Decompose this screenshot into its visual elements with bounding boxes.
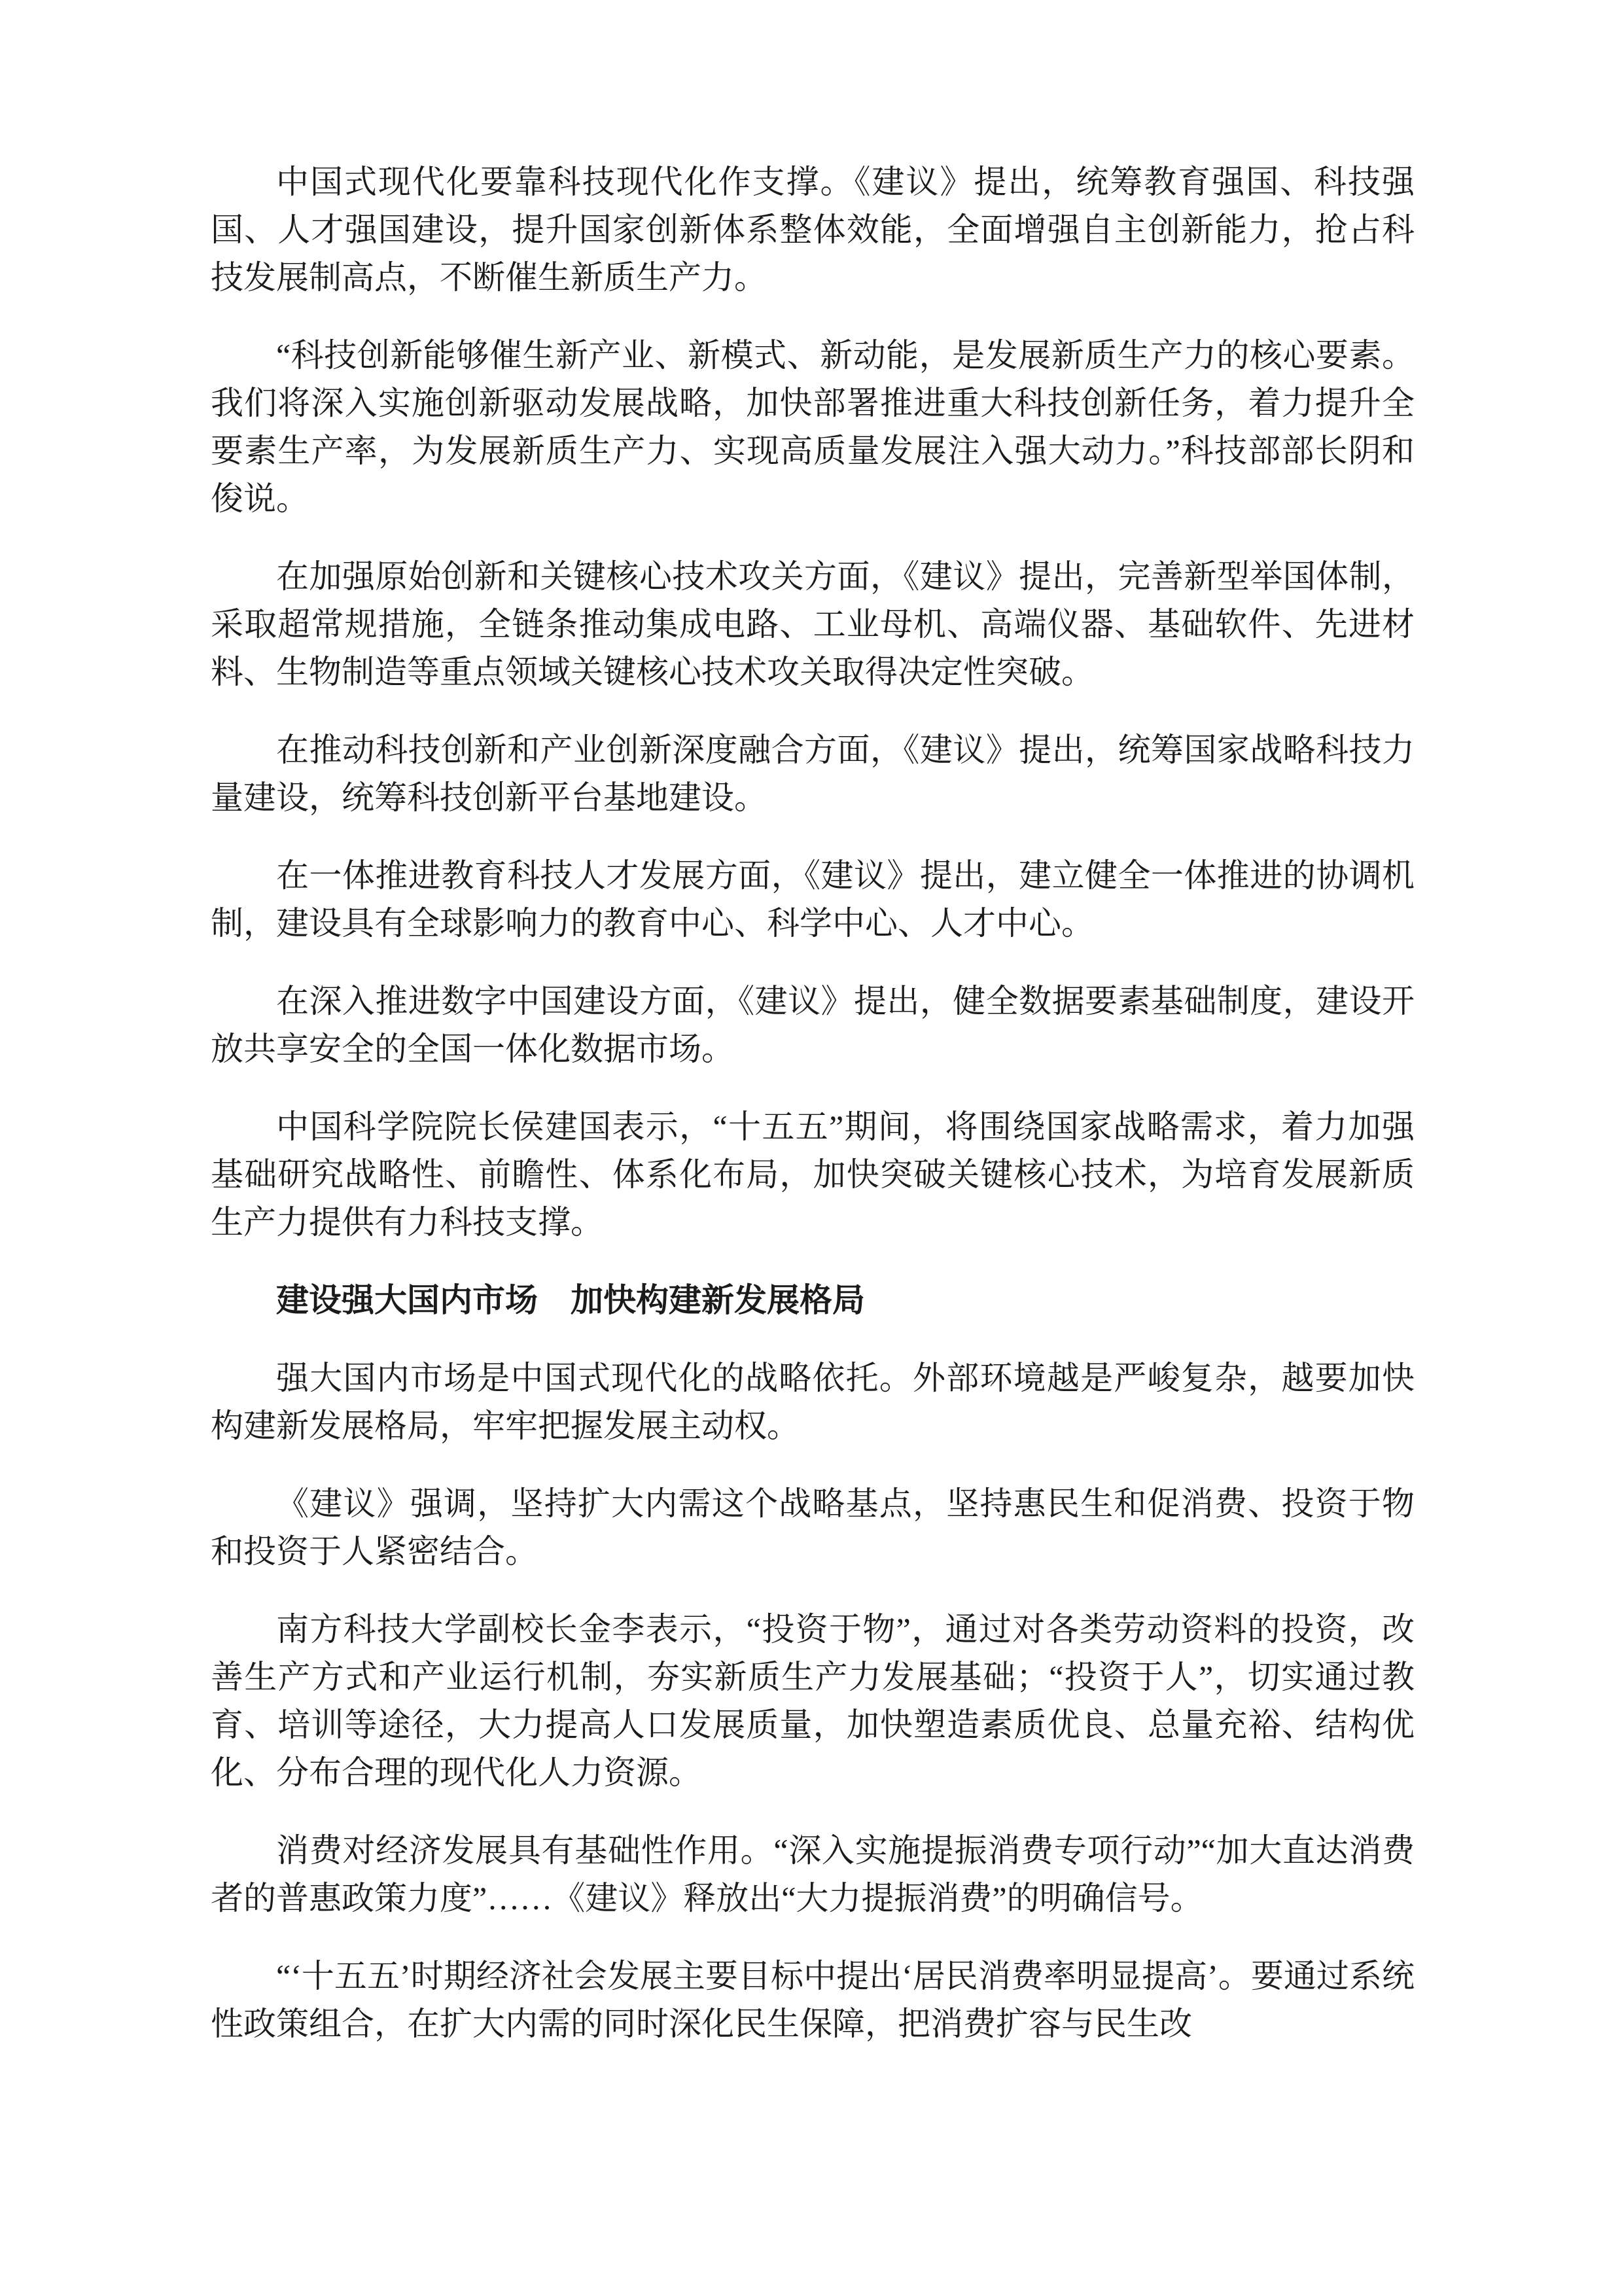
paragraph: 在一体推进教育科技人才发展方面，《建议》提出，建立健全一体推进的协调机制，建设具…: [211, 852, 1415, 947]
section-heading: 建设强大国内市场 加快构建新发展格局: [211, 1277, 1415, 1324]
paragraph: 在推动科技创新和产业创新深度融合方面，《建议》提出，统筹国家战略科技力量建设，统…: [211, 726, 1415, 822]
paragraph: 南方科技大学副校长金李表示，“投资于物”，通过对各类劳动资料的投资，改善生产方式…: [211, 1606, 1415, 1797]
paragraph: 在深入推进数字中国建设方面，《建议》提出，健全数据要素基础制度，建设开放共享安全…: [211, 978, 1415, 1073]
paragraph: 强大国内市场是中国式现代化的战略依托。外部环境越是严峻复杂，越要加快构建新发展格…: [211, 1354, 1415, 1450]
paragraph: 中国科学院院长侯建国表示，“十五五”期间，将围绕国家战略需求，着力加强基础研究战…: [211, 1103, 1415, 1246]
paragraph: 在加强原始创新和关键核心技术攻关方面，《建议》提出，完善新型举国体制，采取超常规…: [211, 553, 1415, 696]
paragraph: 消费对经济发展具有基础性作用。“深入实施提振消费专项行动”“加大直达消费者的普惠…: [211, 1827, 1415, 1922]
paragraph: “‘十五五’时期经济社会发展主要目标中提出‘居民消费率明显提高’。要通过系统性政…: [211, 1952, 1415, 2048]
paragraph: 《建议》强调，坚持扩大内需这个战略基点，坚持惠民生和促消费、投资于物和投资于人紧…: [211, 1480, 1415, 1576]
paragraph: “科技创新能够催生新产业、新模式、新动能，是发展新质生产力的核心要素。我们将深入…: [211, 332, 1415, 523]
document-page: 中国式现代化要靠科技现代化作支撑。《建议》提出，统筹教育强国、科技强国、人才强国…: [0, 0, 1622, 2296]
paragraph: 中国式现代化要靠科技现代化作支撑。《建议》提出，统筹教育强国、科技强国、人才强国…: [211, 158, 1415, 302]
